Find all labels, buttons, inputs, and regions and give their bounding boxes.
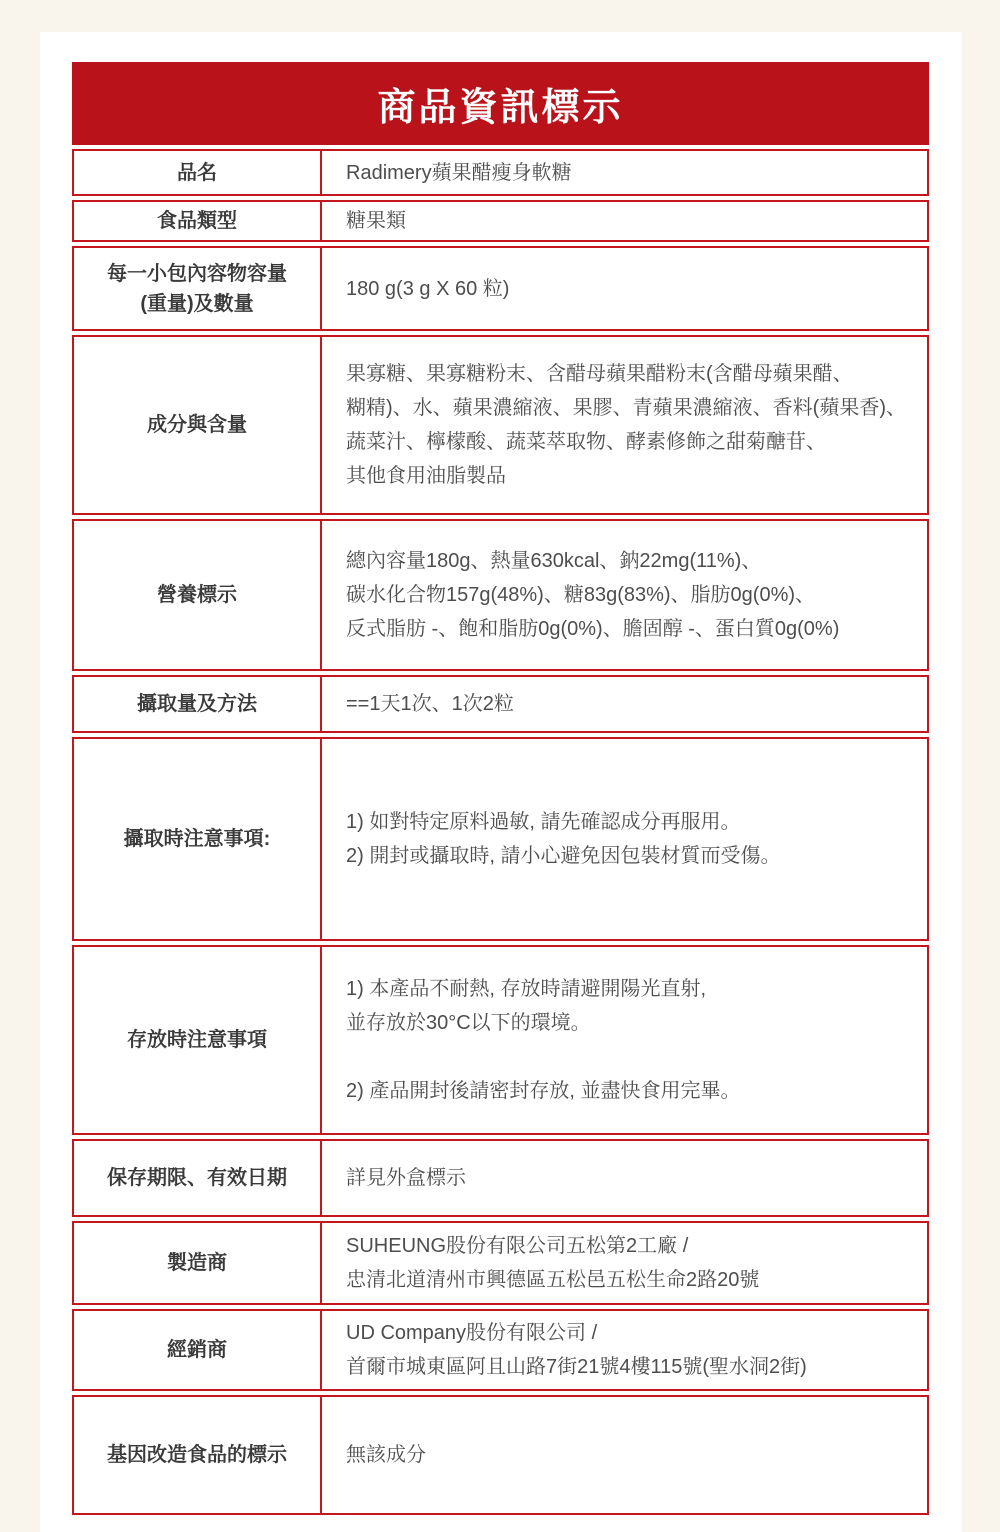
table-row-food-type: 食品類型 糖果類	[72, 200, 929, 242]
intake-method-label: 攝取量及方法	[74, 677, 322, 731]
table-row-product-name: 品名 Radimery蘋果醋瘦身軟糖	[72, 149, 929, 196]
table-row-ingredients: 成分與含量 果寡糖、果寡糖粉末、含醋母蘋果醋粉末(含醋母蘋果醋、 糊精)、水、蘋…	[72, 335, 929, 515]
ingredients-label: 成分與含量	[74, 337, 322, 513]
food-type-label: 食品類型	[74, 202, 322, 240]
product-info-card: 商品資訊標示 品名 Radimery蘋果醋瘦身軟糖 食品類型 糖果類 每一小包內…	[40, 32, 962, 1473]
table-row-net-content: 每一小包內容物容量 (重量)及數量 180 g(3 g X 60 粒)	[72, 246, 929, 331]
net-content-value: 180 g(3 g X 60 粒)	[322, 248, 927, 329]
manufacturer-value: SUHEUNG股份有限公司五松第2工廠 / 忠清北道清州市興德區五松邑五松生命2…	[322, 1223, 927, 1303]
product-name-value: Radimery蘋果醋瘦身軟糖	[322, 151, 927, 194]
table-row-shelf-life: 保存期限、有效日期 詳見外盒標示	[72, 1139, 929, 1217]
product-name-label: 品名	[74, 151, 322, 194]
distributor-label: 經銷商	[74, 1311, 322, 1389]
storage-precautions-value: 1) 本產品不耐熱, 存放時請避開陽光直射, 並存放於30°C以下的環境。 2)…	[322, 947, 927, 1133]
distributor-value: UD Company股份有限公司 / 首爾市城東區阿且山路7街21號4樓115號…	[322, 1311, 927, 1389]
nutrition-label: 營養標示	[74, 521, 322, 669]
shelf-life-value: 詳見外盒標示	[322, 1141, 927, 1215]
table-row-distributor: 經銷商 UD Company股份有限公司 / 首爾市城東區阿且山路7街21號4樓…	[72, 1309, 929, 1391]
ingredients-value: 果寡糖、果寡糖粉末、含醋母蘋果醋粉末(含醋母蘋果醋、 糊精)、水、蘋果濃縮液、果…	[322, 337, 927, 513]
shelf-life-label: 保存期限、有效日期	[74, 1141, 322, 1215]
product-info-table: 品名 Radimery蘋果醋瘦身軟糖 食品類型 糖果類 每一小包內容物容量 (重…	[72, 149, 929, 1473]
net-content-label: 每一小包內容物容量 (重量)及數量	[74, 248, 322, 329]
table-row-gmo-label: 基因改造食品的標示 無該成分	[72, 1395, 929, 1473]
manufacturer-label: 製造商	[74, 1223, 322, 1303]
table-row-nutrition: 營養標示 總內容量180g、熱量630kcal、鈉22mg(11%)、 碳水化合…	[72, 519, 929, 671]
intake-precautions-label: 攝取時注意事項:	[74, 739, 322, 939]
intake-precautions-value: 1) 如對特定原料過敏, 請先確認成分再服用。 2) 開封或攝取時, 請小心避免…	[322, 739, 927, 939]
table-row-intake-method: 攝取量及方法 ==1天1次、1次2粒	[72, 675, 929, 733]
nutrition-value: 總內容量180g、熱量630kcal、鈉22mg(11%)、 碳水化合物157g…	[322, 521, 927, 669]
page-title: 商品資訊標示	[72, 62, 929, 145]
gmo-label-value: 無該成分	[322, 1397, 927, 1473]
page-title-text: 商品資訊標示	[377, 76, 623, 131]
table-row-intake-precautions: 攝取時注意事項: 1) 如對特定原料過敏, 請先確認成分再服用。 2) 開封或攝…	[72, 737, 929, 941]
gmo-label-label: 基因改造食品的標示	[74, 1397, 322, 1473]
table-row-storage-precautions: 存放時注意事項 1) 本產品不耐熱, 存放時請避開陽光直射, 並存放於30°C以…	[72, 945, 929, 1135]
table-row-manufacturer: 製造商 SUHEUNG股份有限公司五松第2工廠 / 忠清北道清州市興德區五松邑五…	[72, 1221, 929, 1305]
intake-method-value: ==1天1次、1次2粒	[322, 677, 927, 731]
food-type-value: 糖果類	[322, 202, 927, 240]
storage-precautions-label: 存放時注意事項	[74, 947, 322, 1133]
